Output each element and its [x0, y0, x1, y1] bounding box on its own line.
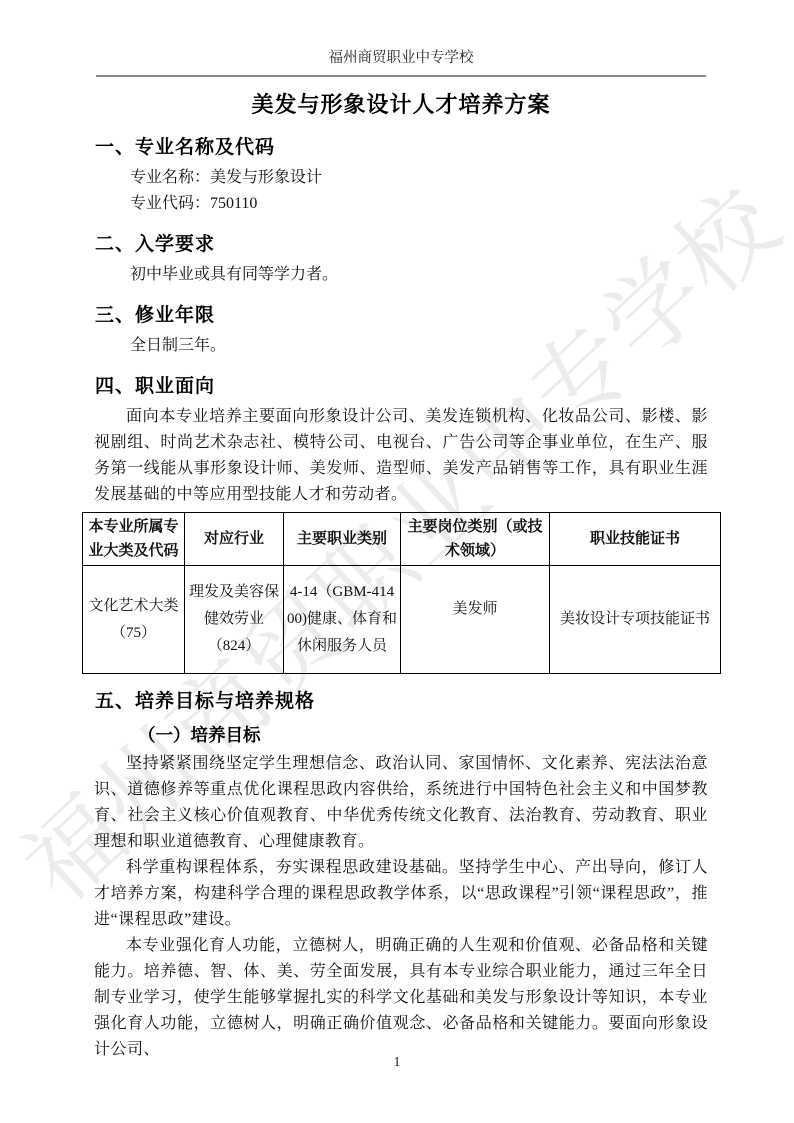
- career-table-row: 文化艺术大类（75） 理发及美容保健效劳业（824） 4-14（GBM-4140…: [83, 566, 721, 674]
- page-header: 福州商贸职业中专学校: [96, 48, 706, 77]
- cell-occupation-category: 4-14（GBM-41400)健康、体育和休闲服务人员: [284, 566, 401, 674]
- objectives-paragraph-1: 坚持紧紧围绕坚定学生理想信念、政治认同、家国情怀、文化素养、宪法法治意识、道德修…: [94, 751, 708, 855]
- page-number: 1: [0, 1055, 794, 1071]
- document-page: 福州商贸职业中专学校 福州商贸职业中专学校 美发与形象设计人才培养方案 一、专业…: [0, 0, 794, 1123]
- career-table-header-post-category: 主要岗位类别（或技术领域）: [401, 513, 550, 566]
- career-table-header-row: 本专业所属专业大类及代码 对应行业 主要职业类别 主要岗位类别（或技术领域） 职…: [83, 513, 721, 566]
- career-table: 本专业所属专业大类及代码 对应行业 主要职业类别 主要岗位类别（或技术领域） 职…: [82, 512, 721, 674]
- study-duration-line: 全日制三年。: [130, 333, 708, 359]
- cell-certificate: 美妆设计专项技能证书: [550, 566, 721, 674]
- major-code-line: 专业代码：750110: [130, 191, 708, 217]
- header-school-name: 福州商贸职业中专学校: [329, 50, 474, 66]
- career-table-header-certificate: 职业技能证书: [550, 513, 721, 566]
- major-name-line: 专业名称：美发与形象设计: [130, 165, 708, 191]
- career-table-header-occupation-category: 主要职业类别: [284, 513, 401, 566]
- section-heading-objectives: 五、培养目标与培养规格: [95, 689, 708, 715]
- cell-major-category: 文化艺术大类（75）: [83, 566, 185, 674]
- document-title: 美发与形象设计人才培养方案: [94, 90, 708, 120]
- career-orientation-paragraph: 面向本专业培养主要面向形象设计公司、美发连锁机构、化妆品公司、影楼、影视剧组、时…: [94, 404, 708, 508]
- career-table-header-major-category: 本专业所属专业大类及代码: [83, 513, 185, 566]
- cell-industry: 理发及美容保健效劳业（824）: [185, 566, 284, 674]
- objectives-paragraph-2: 科学重构课程体系，夯实课程思政建设基础。坚持学生中心、产出导向，修订人才培养方案…: [94, 855, 708, 933]
- section-heading-major-name-code: 一、专业名称及代码: [95, 135, 708, 161]
- section-heading-admission: 二、入学要求: [95, 232, 708, 258]
- page-content: 福州商贸职业中专学校 美发与形象设计人才培养方案 一、专业名称及代码 专业名称：…: [0, 0, 794, 1063]
- objectives-paragraph-3: 本专业强化育人功能，立德树人，明确正确的人生观和价值观、必备品格和关键能力。培养…: [94, 933, 708, 1063]
- subsection-heading-training-objectives: （一）培养目标: [138, 723, 708, 747]
- section-heading-duration: 三、修业年限: [95, 303, 708, 329]
- section-heading-career: 四、职业面向: [95, 374, 708, 400]
- career-table-header-industry: 对应行业: [185, 513, 284, 566]
- cell-post-category: 美发师: [401, 566, 550, 674]
- admission-requirement-line: 初中毕业或具有同等学力者。: [130, 262, 708, 288]
